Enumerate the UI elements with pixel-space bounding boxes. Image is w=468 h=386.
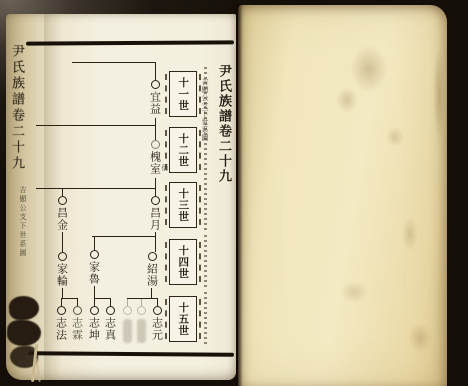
connector-line [62, 232, 63, 252]
micro-annotation-marks [204, 67, 207, 121]
connector-stub [77, 298, 78, 306]
connector-line [36, 188, 156, 189]
generation-box-11: 十一世 [169, 71, 197, 117]
page-title: 尹氏族譜卷二十九 [217, 64, 230, 204]
connector-stub [127, 298, 128, 306]
sibling-bracket [94, 298, 111, 299]
connector-line [155, 178, 156, 196]
tree-node-changjin: 昌金 [55, 196, 69, 231]
generation-box-12: 十二世 [169, 127, 197, 173]
spine-stamp [6, 319, 41, 347]
lineage-circle-icon [58, 252, 67, 261]
node-annotation: 衍 [160, 164, 170, 171]
generation-box-15: 十五世 [169, 296, 197, 342]
connector-line [94, 236, 95, 250]
micro-annotation-marks [204, 123, 207, 177]
lineage-circle-icon [106, 306, 115, 315]
sibling-bracket [61, 298, 78, 299]
connector-stub [61, 298, 62, 306]
tree-node-zhizhen: 志真 [103, 306, 117, 341]
connector-line [155, 118, 156, 140]
paper-stain [350, 45, 388, 93]
connector-line [92, 236, 156, 237]
generation-box-13: 十三世 [169, 182, 197, 228]
tree-node-jialun: 家輪 [55, 252, 69, 287]
connector-line [62, 188, 63, 196]
lineage-circle-icon [151, 140, 160, 149]
generation-box-14: 十四世 [169, 239, 197, 285]
lineage-circle-icon [58, 196, 67, 205]
lineage-circle-icon [153, 306, 162, 315]
spine-title: 尹氏族譜卷二十九 [10, 44, 23, 196]
micro-annotation-marks [204, 235, 207, 289]
tree-node-zhiyuan: 志元 [150, 306, 164, 341]
tree-node-huaishi: 槐室 衍 [148, 140, 162, 175]
binding-thread [35, 358, 40, 382]
paper-stain [340, 281, 368, 303]
connector-stub [157, 298, 158, 306]
tree-node-jialu: 家魯 [87, 250, 101, 285]
lineage-circle-icon [73, 306, 82, 315]
right-page-blank [238, 5, 447, 386]
paper-stain [386, 127, 404, 147]
connector-line [155, 62, 156, 80]
lineage-circle-icon [151, 196, 160, 205]
spine-stamp [8, 295, 40, 321]
lineage-circle-icon [123, 306, 132, 315]
lineage-circle-icon [90, 306, 99, 315]
tree-node-shaotang: 紹湯 [145, 252, 159, 287]
spine-subtitle: 吉顯公支下世系圖 [19, 186, 26, 264]
sibling-bracket [127, 298, 158, 299]
paper-stain [336, 87, 358, 113]
paper-stain [408, 323, 432, 353]
lineage-circle-icon [57, 306, 66, 315]
tree-node-zhikun: 志坤 [87, 306, 101, 341]
tree-node-changyue: 昌月 [148, 196, 162, 231]
lineage-circle-icon [137, 306, 146, 315]
lineage-circle-icon [148, 252, 157, 261]
micro-annotation-marks [204, 292, 207, 346]
lineage-circle-icon [90, 250, 99, 259]
lineage-circle-icon [151, 80, 160, 89]
tree-node-yiyi: 宜益 [148, 80, 162, 115]
left-page-lineage-chart: 尹氏族譜卷二十九 吉顯公支下世系圖 尹氏族譜卷二十九 吉顯公支下世系圖 十一世 … [6, 14, 236, 380]
connector-stub [94, 298, 95, 306]
paper-stain [402, 217, 418, 251]
faded-illegible-node [120, 306, 134, 343]
faded-ink-mark [123, 319, 132, 343]
connector-stub [110, 298, 111, 306]
paper-stain [433, 47, 445, 143]
tree-node-zhifa: 志法 [54, 306, 68, 341]
faded-ink-mark [137, 319, 146, 343]
faded-illegible-node [134, 306, 148, 343]
connector-stub [141, 298, 142, 306]
top-border-rule [26, 40, 234, 45]
connector-line [155, 232, 156, 252]
book-scan-photo: 尹氏族譜卷二十九 吉顯公支下世系圖 尹氏族譜卷二十九 吉顯公支下世系圖 十一世 … [0, 0, 468, 386]
connector-line [72, 62, 156, 63]
connector-line [36, 125, 155, 126]
micro-annotation-marks [204, 178, 207, 232]
tree-node-zhilin: 志霖 [70, 306, 84, 341]
